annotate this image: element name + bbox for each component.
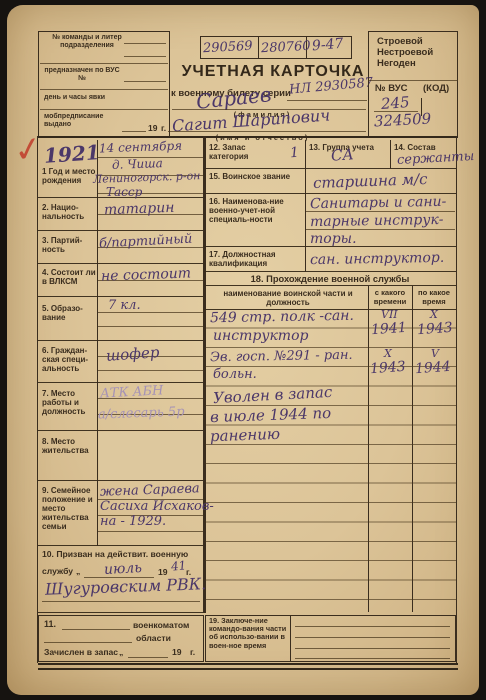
service2-unit-line1: Эв. госп. №291 - ран.: [210, 349, 353, 364]
account-group-value: СА: [331, 147, 355, 164]
education-handwritten: 7 кл.: [108, 299, 141, 312]
reserve-category-label: 12. Запас категория: [209, 143, 284, 161]
stamp-number-3: 9-47: [311, 37, 344, 54]
row-civil-specialty-label: 6. Граждан-ская специ-альность: [42, 346, 98, 373]
service-col-unit: наименование воинской части и должность: [212, 289, 364, 307]
row-party-label: 3. Партий-ность: [42, 236, 96, 254]
military-specialty-line2: тарные инструк-: [310, 213, 444, 229]
kod-value-handwritten: 324509: [374, 112, 432, 130]
birth-year-handwritten: 1921: [43, 142, 100, 166]
year-prefix: 19: [148, 124, 157, 134]
service2-from-year: 1943: [370, 360, 407, 376]
family-line2-handwritten: Сасиха Исхаков-: [100, 500, 214, 513]
divider: [368, 80, 458, 81]
birth-date-handwritten: 14 сентября: [99, 140, 182, 155]
rule-line: [98, 326, 203, 327]
stamp-divider: [258, 36, 259, 59]
service2-to-year: 1944: [415, 360, 452, 376]
birth-place-line3: Тасср: [106, 186, 142, 198]
drafted-label-line2: службу: [42, 567, 73, 577]
reserve-number: 11.: [44, 619, 56, 629]
rule-line: [295, 658, 450, 659]
reserve-word1: военкоматом: [133, 621, 189, 631]
grid-top-border: [38, 136, 458, 138]
family-line3-handwritten: на - 1929.: [100, 515, 166, 528]
rule-line: [128, 657, 168, 658]
rule-line: [287, 100, 367, 101]
qualification-label: 17. Должностная квалификация: [209, 250, 299, 268]
service1-unit-line2: инструктор: [213, 329, 308, 343]
row-family-label: 9. Семейное положение и место жительства…: [42, 486, 97, 531]
reserve-word2: области: [136, 634, 171, 644]
service2-to-month: V: [431, 348, 439, 359]
vlksm-handwritten: не состоит: [101, 266, 192, 283]
service-col-to: по какое время: [413, 289, 455, 306]
year-suffix: г.: [161, 124, 166, 134]
rule-line: [62, 629, 130, 630]
rule-line: [124, 81, 166, 82]
service1-to-month: X: [430, 309, 438, 320]
service1-from-year: 1941: [371, 321, 408, 337]
drafted-quote: „: [76, 567, 80, 577]
reserve-year-suffix: г.: [190, 648, 195, 658]
workplace-line2-faded: а/слесарь 5р: [98, 405, 185, 421]
rule-line: [44, 642, 132, 643]
rank-value: старшина м/с: [313, 172, 428, 191]
service2-from-month: X: [384, 348, 392, 359]
service1-unit-line1: 549 стр. полк -сан.: [210, 309, 354, 326]
military-specialty-line3: торы.: [310, 232, 357, 246]
service3-line3: ранению: [210, 427, 281, 444]
divider: [40, 63, 168, 64]
birth-place-line1: д. Чиша: [112, 157, 163, 171]
service2-unit-line2: больн.: [213, 368, 257, 381]
rule-line: [124, 43, 166, 44]
rule-line: [122, 131, 146, 132]
cell-13-14-divider: [390, 140, 391, 169]
military-specialty-line1: Санитары и сани-: [310, 195, 447, 211]
scanned-military-registration-card: { "colors":{"paper":"#dcc498","print_ink…: [0, 0, 486, 700]
row-residence-label: 8. Место жительства: [42, 437, 96, 455]
stamp-number-1: 290569: [203, 40, 253, 56]
reserve-year-prefix: 19: [172, 648, 182, 658]
family-line1-handwritten: жена Сараева: [100, 482, 200, 498]
row-vlksm-label: 4. Состоит ли в ВЛКСМ: [42, 268, 98, 286]
field-report-time-label: день и часы явки: [44, 94, 154, 102]
rule-line: [295, 626, 450, 627]
divider: [40, 89, 168, 90]
service-col-from: с какого времени: [369, 289, 411, 306]
rule-line: [124, 56, 166, 57]
grid-right-border: [456, 136, 457, 663]
grid-bottom-border-2: [38, 668, 458, 670]
workplace-line1-faded: АТК АБН: [100, 384, 164, 400]
reserve-category-value: 1: [289, 146, 299, 161]
birth-place-line2: Лениногорск. р-он: [93, 170, 201, 185]
field-unit-number-label: № команды и литер подразделения: [48, 34, 126, 50]
rule-line: [98, 531, 203, 532]
rule-line: [42, 601, 200, 602]
redaction-patch: [99, 432, 203, 480]
civil-specialty-handwritten: шофер: [106, 345, 160, 364]
rule-line: [295, 637, 450, 638]
conclusion-label: 19. Заключе-ние командо-вания части об и…: [209, 617, 287, 650]
field-vus-purpose-label: предназначен по ВУС №: [44, 67, 120, 83]
conclusion-label-divider: [290, 615, 291, 662]
row-education-label: 5. Образо-вание: [42, 304, 96, 322]
rule-line: [168, 131, 366, 132]
kod-label: (КОД): [423, 84, 449, 95]
vus-value-handwritten: 245: [381, 95, 411, 112]
service3-line2: в июле 1944 по: [210, 406, 332, 425]
military-specialty-label: 16. Наименова-ние военно-учет-ной специа…: [209, 197, 299, 224]
service1-from-month: VII: [381, 309, 398, 320]
fitness-option-3: Негоден: [377, 59, 416, 70]
row-birth-label: 1 Год и место рождения: [42, 167, 96, 185]
row-workplace-label: 7. Место работы и должность: [42, 389, 96, 416]
stamp-number-2: 280760: [261, 40, 311, 56]
field-mob-order-label: мобпредписание выдано: [44, 113, 122, 129]
divider: [40, 109, 168, 110]
rank-label: 15. Воинское звание: [209, 172, 294, 181]
service1-to-year: 1943: [417, 321, 454, 337]
reserve-quote: „: [119, 648, 123, 658]
service-section-title: 18. Прохождение военной службы: [204, 274, 456, 285]
qualification-value: сан. инструктор.: [310, 251, 444, 267]
nationality-handwritten: татарин: [104, 201, 175, 217]
grid-bottom-border-1: [38, 663, 458, 665]
draft-month-handwritten: июль: [104, 561, 143, 577]
row-nationality-label: 2. Нацио-нальность: [42, 203, 96, 221]
draft-year-handwritten: 41: [170, 559, 186, 573]
rule-line: [295, 648, 450, 649]
rule-line: [98, 370, 203, 371]
reserve-line3: Зачислен в запас: [44, 648, 118, 658]
composition-value: сержанты: [397, 150, 475, 167]
